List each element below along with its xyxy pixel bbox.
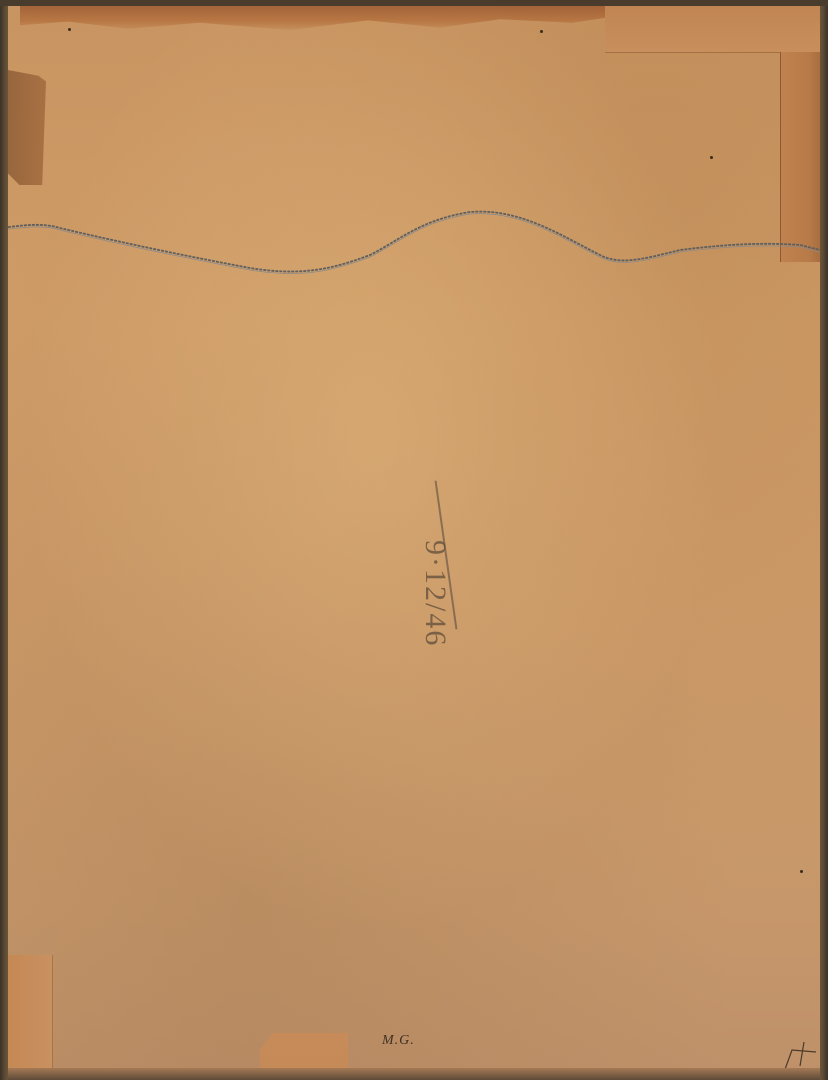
frame-bottom-edge bbox=[8, 1068, 820, 1080]
nail-hole bbox=[540, 30, 543, 33]
pencil-inscription-number: 9·12/46 bbox=[412, 540, 452, 640]
speck bbox=[800, 870, 803, 873]
pencil-initials: M.G. bbox=[382, 1033, 415, 1049]
bottom-left-tape bbox=[6, 955, 53, 1080]
speck bbox=[710, 156, 713, 159]
nail-hole bbox=[68, 28, 71, 31]
kraft-paper-backing bbox=[8, 4, 820, 1074]
top-right-tape bbox=[605, 6, 820, 53]
artwork-back-photo: 9·12/46 M.G. bbox=[0, 0, 828, 1080]
left-stained-tape bbox=[8, 70, 46, 185]
frame-left-edge bbox=[0, 0, 8, 1080]
frame-right-edge bbox=[820, 0, 828, 1080]
frame-top-edge bbox=[0, 0, 828, 6]
hanging-wire bbox=[0, 200, 828, 280]
